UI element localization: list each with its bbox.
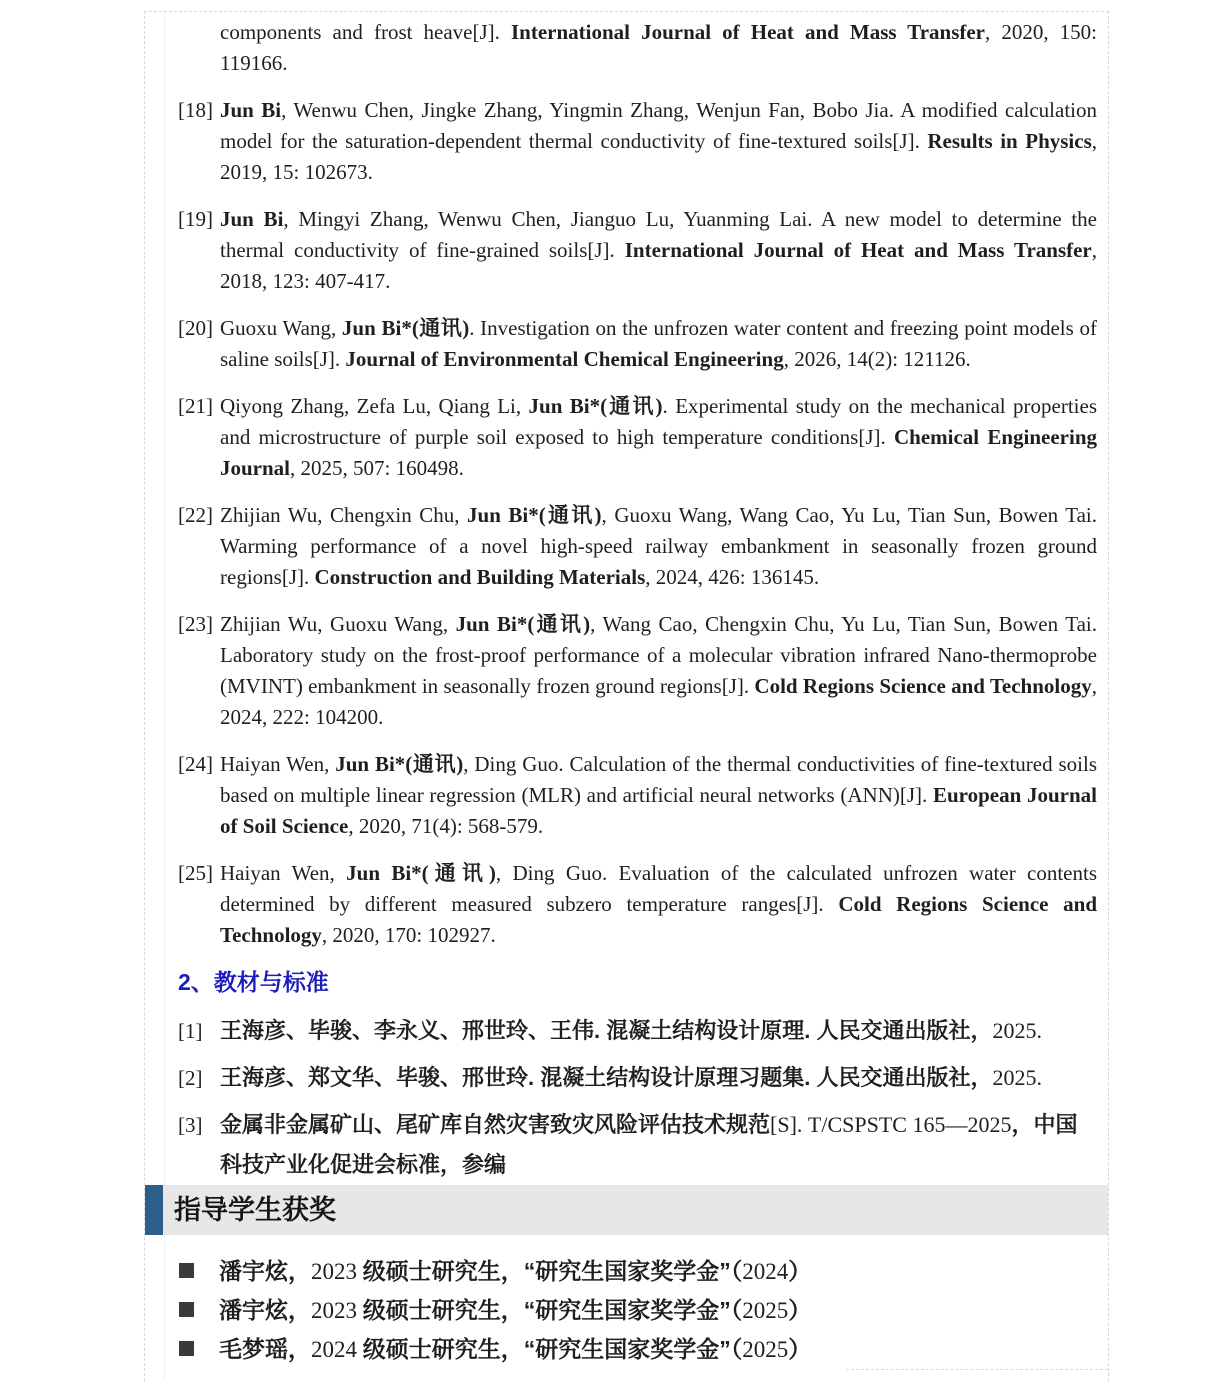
textbook-text: 王海彦、郑文华、毕骏、邢世玲. 混凝土结构设计原理习题集. 人民交通出版社，20… — [220, 1065, 1042, 1090]
publication-number: [24] — [178, 749, 213, 780]
publication-item: [23] Zhijian Wu, Guoxu Wang, Jun Bi*(通讯)… — [145, 609, 1108, 733]
award-text: 潘宇炫，2023 级硕士研究生，“研究生国家奖学金”（2024） — [219, 1259, 811, 1284]
award-text: 潘宇炫，2023 级硕士研究生，“研究生国家奖学金”（2025） — [219, 1298, 811, 1323]
publication-text: Zhijian Wu, Chengxin Chu, Jun Bi*(通讯), G… — [220, 503, 1097, 589]
publication-number: [25] — [178, 858, 213, 889]
square-bullet-icon — [179, 1341, 194, 1356]
publication-text: Guoxu Wang, Jun Bi*(通讯). Investigation o… — [220, 316, 1097, 371]
publication-number: [19] — [178, 204, 213, 235]
document-content-frame: components and frost heave[J]. Internati… — [144, 11, 1109, 1381]
publication-item: [21] Qiyong Zhang, Zefa Lu, Qiang Li, Ju… — [145, 391, 1108, 484]
publication-number: [22] — [178, 500, 213, 531]
publication-item: [18] Jun Bi, Wenwu Chen, Jingke Zhang, Y… — [145, 95, 1108, 188]
award-item: 毛梦瑶，2024 级硕士研究生，“研究生国家奖学金”（2025） — [145, 1330, 1108, 1369]
publication-text: Qiyong Zhang, Zefa Lu, Qiang Li, Jun Bi*… — [220, 394, 1097, 480]
publication-text: Zhijian Wu, Guoxu Wang, Jun Bi*(通讯), Wan… — [220, 612, 1097, 729]
section-accent-bar — [145, 1185, 163, 1235]
textbook-text: 王海彦、毕骏、李永义、邢世玲、王伟. 混凝土结构设计原理. 人民交通出版社，20… — [220, 1018, 1042, 1043]
square-bullet-icon — [179, 1302, 194, 1317]
publication-item: [25] Haiyan Wen, Jun Bi*(通讯), Ding Guo. … — [145, 858, 1108, 951]
textbook-list: [1] 王海彦、毕骏、李永义、邢世玲、王伟. 混凝土结构设计原理. 人民交通出版… — [145, 1011, 1108, 1185]
textbook-text: 金属非金属矿山、尾矿库自然灾害致灾风险评估技术规范[S]. T/CSPSTC 1… — [220, 1112, 1077, 1177]
award-list: 潘宇炫，2023 级硕士研究生，“研究生国家奖学金”（2024） 潘宇炫，202… — [145, 1252, 1108, 1369]
document-page: components and frost heave[J]. Internati… — [0, 0, 1222, 1381]
publication-number: [18] — [178, 95, 213, 126]
publication-text: Jun Bi, Mingyi Zhang, Wenwu Chen, Jiangu… — [220, 207, 1097, 293]
awards-section-title: 指导学生获奖 — [174, 1185, 336, 1235]
award-item: 潘宇炫，2023 级硕士研究生，“研究生国家奖学金”（2025） — [145, 1291, 1108, 1330]
award-text: 毛梦瑶，2024 级硕士研究生，“研究生国家奖学金”（2025） — [219, 1337, 811, 1362]
publication-item: components and frost heave[J]. Internati… — [145, 17, 1108, 79]
textbook-item: [3] 金属非金属矿山、尾矿库自然灾害致灾风险评估技术规范[S]. T/CSPS… — [145, 1105, 1108, 1185]
publication-text: Haiyan Wen, Jun Bi*(通讯), Ding Guo. Evalu… — [220, 861, 1097, 947]
publication-item: [24] Haiyan Wen, Jun Bi*(通讯), Ding Guo. … — [145, 749, 1108, 842]
publication-text: Jun Bi, Wenwu Chen, Jingke Zhang, Yingmi… — [220, 98, 1097, 184]
publication-text: Haiyan Wen, Jun Bi*(通讯), Ding Guo. Calcu… — [220, 752, 1097, 838]
publication-number: [21] — [178, 391, 213, 422]
publication-item: [22] Zhijian Wu, Chengxin Chu, Jun Bi*(通… — [145, 500, 1108, 593]
publication-item: [20] Guoxu Wang, Jun Bi*(通讯). Investigat… — [145, 313, 1108, 375]
textbooks-heading: 2、教材与标准 — [178, 967, 1108, 997]
awards-section-header: 指导学生获奖 — [145, 1185, 1108, 1235]
award-item: 潘宇炫，2023 级硕士研究生，“研究生国家奖学金”（2024） — [145, 1252, 1108, 1291]
square-bullet-icon — [179, 1263, 194, 1278]
textbook-item: [1] 王海彦、毕骏、李永义、邢世玲、王伟. 混凝土结构设计原理. 人民交通出版… — [145, 1011, 1108, 1051]
textbook-number: [2] — [178, 1058, 203, 1098]
publication-number: [20] — [178, 313, 213, 344]
publication-list: components and frost heave[J]. Internati… — [145, 17, 1108, 951]
publication-number: [23] — [178, 609, 213, 640]
publication-text: components and frost heave[J]. Internati… — [220, 20, 1097, 75]
bottom-dashed-border — [846, 1369, 1108, 1370]
textbook-number: [3] — [178, 1105, 203, 1145]
publication-item: [19] Jun Bi, Mingyi Zhang, Wenwu Chen, J… — [145, 204, 1108, 297]
textbook-item: [2] 王海彦、郑文华、毕骏、邢世玲. 混凝土结构设计原理习题集. 人民交通出版… — [145, 1058, 1108, 1098]
textbook-number: [1] — [178, 1011, 203, 1051]
